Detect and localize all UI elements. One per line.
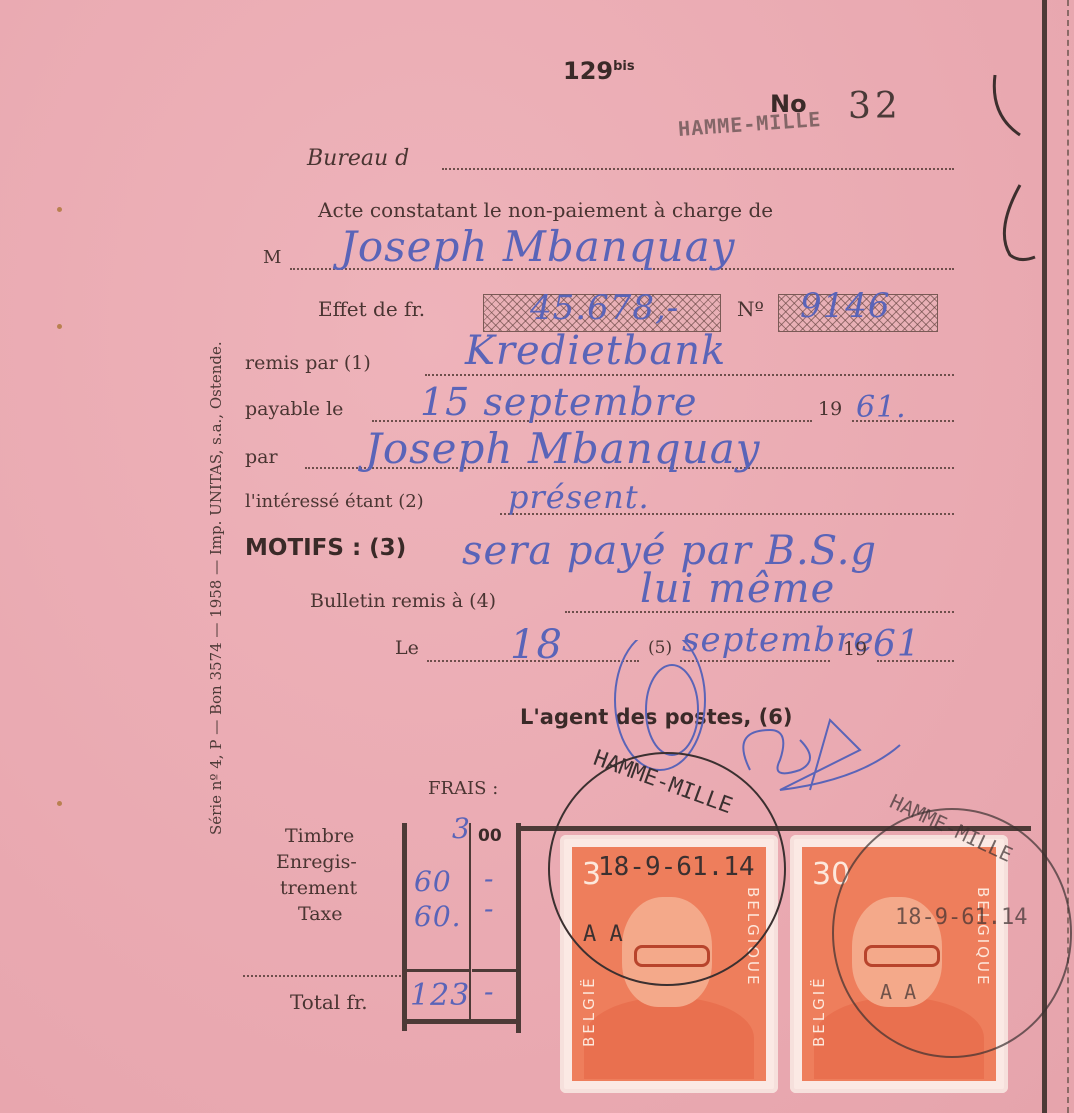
frais-box-bottom: [407, 1019, 519, 1024]
bureau-label: Bureau d: [307, 146, 409, 171]
taxe-cents: -: [484, 892, 494, 925]
total-leader-line: [243, 975, 401, 977]
timbre-francs: 3: [452, 812, 471, 845]
frais-label: FRAIS :: [428, 778, 498, 799]
enregistrement-francs: 60: [414, 865, 452, 898]
stamp-country-left: BELGIË: [810, 975, 828, 1047]
m-handwritten: Joseph Mbanquay: [340, 222, 736, 271]
total-francs: 123: [410, 978, 470, 1013]
form-number: 129bis: [563, 57, 635, 85]
remis-label: remis par (1): [245, 352, 371, 374]
frais-box-left: [402, 823, 407, 1031]
form-number-value: 129: [563, 57, 613, 85]
effet-label: Effet de fr.: [318, 297, 425, 321]
interesse-label: l'intéressé étant (2): [245, 491, 424, 512]
printer-imprint: Série nº 4, P — Bon 3574 — 1958 — Imp. U…: [207, 341, 225, 835]
remis-line[interactable]: [425, 374, 954, 376]
form-suffix: bis: [613, 59, 635, 74]
postmark-date: 18-9-61.14: [895, 905, 1027, 930]
par-handwritten: Joseph Mbanquay: [365, 424, 761, 473]
bureau-line[interactable]: [442, 168, 954, 170]
frais-row-label: Timbre: [285, 825, 354, 847]
frais-total-divider: [407, 969, 469, 972]
par-label: par: [245, 446, 278, 468]
postmark-letters: A A: [583, 922, 623, 947]
numero-label: Nº: [737, 297, 764, 321]
acte-heading: Acte constatant le non-paiement à charge…: [318, 198, 773, 222]
frais-row-label: trement: [280, 877, 357, 899]
taxe-francs: 60.: [414, 900, 462, 933]
m-label: M: [263, 247, 281, 268]
postmark: [832, 808, 1072, 1058]
postmark-date: 18-9-61.14: [598, 852, 755, 882]
pin-hole: [57, 801, 62, 806]
frais-row-label: Enregis-: [276, 851, 357, 873]
remis-handwritten: Kredietbank: [465, 328, 726, 374]
total-cents: -: [484, 975, 494, 1008]
effet-amount-handwritten: 45.678,-: [530, 288, 679, 328]
frais-row-label: Taxe: [298, 903, 343, 925]
interesse-handwritten: présent.: [508, 478, 650, 516]
total-label: Total fr.: [290, 990, 368, 1014]
frais-total-divider: [472, 969, 516, 972]
motifs-label: MOTIFS : (3): [245, 535, 406, 561]
payable-year-handwritten: 61.: [856, 390, 907, 425]
stamp-country-left: BELGIË: [580, 975, 598, 1047]
le-label: Le: [395, 637, 419, 659]
numero-handwritten: 9146: [800, 286, 891, 326]
frais-box-right: [516, 823, 521, 1033]
timbre-cents: 00: [478, 826, 502, 846]
le-day-handwritten: 18: [510, 622, 563, 668]
pin-hole: [57, 207, 62, 212]
pin-hole: [57, 324, 62, 329]
payable-label: payable le: [245, 398, 343, 420]
pencil-marks: [975, 60, 1045, 280]
bulletin-label: Bulletin remis à (4): [310, 590, 496, 612]
postmark-letters: A A: [880, 980, 916, 1004]
stamp-portrait-uniform: [584, 997, 754, 1079]
no-value: 32: [848, 86, 902, 127]
bulletin-handwritten: lui même: [640, 566, 835, 612]
enregistrement-cents: -: [484, 862, 494, 895]
payable-year-prefix: 19: [818, 398, 842, 420]
payable-handwritten: 15 septembre: [420, 380, 698, 424]
